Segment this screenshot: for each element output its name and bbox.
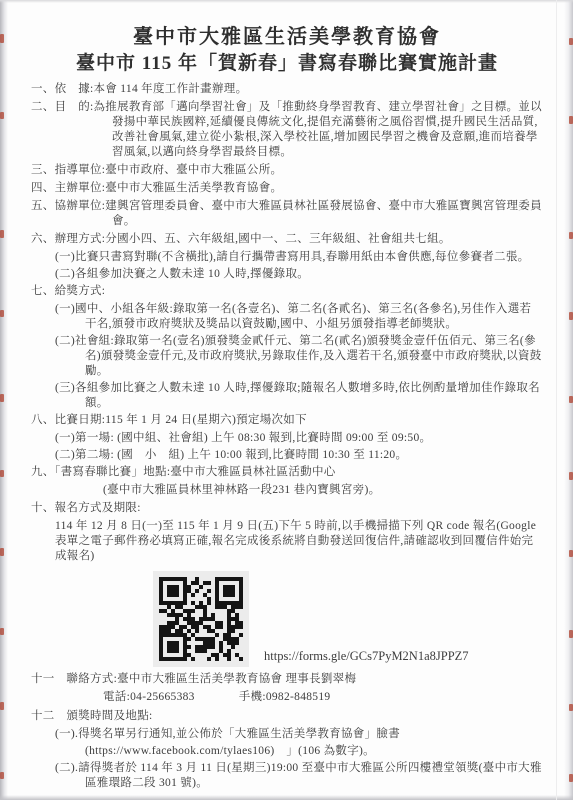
item-awards-sub2: (二)社會組:錄取第一名(壹名)頒發獎金貳仟元、第二名(貳名)頒發獎金壹仟伍佰元… — [55, 334, 543, 379]
scan-artifact — [569, 396, 573, 403]
item-basis: 一、依 據:本會 114 年度工作計畫辦理。 — [31, 82, 543, 97]
scan-artifact — [0, 772, 4, 779]
contact-phone: 電話:04-25665383 — [103, 691, 195, 703]
scan-artifact — [569, 116, 573, 124]
item-award-pickup: (二).請得獎者於 114 年 3 月 11 日(星期三)19:00 至臺中市大… — [55, 761, 543, 791]
qr-row: https://forms.gle/GCs7PyM2N1a8JPPZ7 — [153, 571, 543, 667]
item-location-note: (臺中市大雅區員林里神林路一段231 巷內寶興宮旁)。 — [103, 483, 543, 498]
scan-artifact — [569, 704, 573, 711]
scan-artifact — [0, 34, 4, 43]
scan-artifact — [569, 630, 573, 638]
item-organizer: 四、主辦單位:臺中市大雅區生活美學教育協會。 — [31, 181, 543, 196]
scan-artifact — [0, 394, 4, 402]
item-purpose: 二、目 的:為推展教育部「邁向學習社會」及「推動終身學習教育、建立學習社會」之目… — [31, 100, 543, 160]
item-method-sub1: (一)比賽只書寫對聯(不含橫批),請自行攜帶書寫用具,春聯用紙由本會供應,每位參… — [55, 250, 543, 265]
scan-artifact — [0, 548, 4, 556]
page-content: 臺中市大雅區生活美學教育協會 臺中市 115 年「賀新春」書寫春聯比賽實施計畫 … — [0, 0, 573, 800]
doc-title: 臺中市 115 年「賀新春」書寫春聯比賽實施計畫 — [31, 51, 543, 77]
item-registration-body: 114 年 12 月 8 日(一)至 115 年 1 月 9 日(五)下午 5 … — [55, 519, 543, 564]
scan-artifact — [569, 550, 573, 557]
item-contact: 十一 聯絡方式:臺中市大雅區生活美學教育協會 理事長劉翠梅 — [31, 672, 543, 687]
registration-form-url: https://forms.gle/GCs7PyM2N1a8JPPZ7 — [264, 649, 469, 664]
item-method: 六、辦理方式:分國小四、五、六年級組,國中一、二、三年級組、社會組共七組。 — [31, 232, 543, 247]
item-award-ceremony: 十二 頒獎時間及地點: — [31, 709, 543, 724]
item-guiding-unit: 三、指導單位:臺中市政府、臺中市大雅區公所。 — [31, 163, 543, 178]
scan-artifact — [0, 470, 4, 477]
contact-mobile: 手機:0982-848519 — [239, 690, 331, 705]
scan-artifact — [0, 112, 4, 119]
item-award-announce: (一).得獎名單另行通知,並公佈於「大雅區生活美學教育協會」臉書 — [55, 727, 543, 742]
item-awards-sub1: (一)國中、小組各年級:錄取第一名(各壹名)、第二名(各貳名)、第三名(各參名)… — [55, 302, 543, 332]
scan-artifact — [0, 230, 4, 238]
item-method-sub2: (二)各組參加決賽之人數未達 10 人時,擇優錄取。 — [55, 267, 543, 282]
item-location: 九、「書寫春聯比賽」地點:臺中市大雅區員林社區活動中心 — [31, 465, 543, 480]
scanned-document: 臺中市大雅區生活美學教育協會 臺中市 115 年「賀新春」書寫春聯比賽實施計畫 … — [0, 0, 573, 800]
item-co-organizer: 五、協辦單位:建興宮管理委員會、臺中市大雅區員林社區發展協會、臺中市大雅區寶興宮… — [31, 199, 543, 229]
item-awards-sub3: (三)各組參加比賽之人數未達 10 人時,擇優錄取;隨報名人數增多時,依比例酌量… — [55, 381, 543, 411]
qr-code — [153, 571, 249, 667]
item-date-session2: (二)第二場: (國 小 組) 上午 10:00 報到,比賽時間 10:30 至… — [55, 448, 543, 463]
scan-artifact — [569, 312, 573, 320]
qr-pattern — [159, 577, 243, 661]
scan-artifact — [569, 472, 573, 480]
scan-artifact — [569, 232, 573, 239]
scan-artifact — [0, 702, 4, 710]
scan-artifact — [569, 774, 573, 782]
facebook-url-line: (https://www.facebook.com/tylaes106) 」(1… — [85, 744, 543, 759]
scan-artifact — [569, 38, 573, 45]
scan-artifact — [0, 310, 4, 317]
org-title: 臺中市大雅區生活美學教育協會 — [31, 24, 543, 50]
item-date: 八、比賽日期:115 年 1 月 24 日(星期六)預定場次如下 — [31, 413, 543, 428]
item-registration: 十、報名方式及期限: — [31, 501, 543, 516]
contact-numbers: 電話:04-25665383手機:0982-848519 — [103, 690, 543, 705]
item-date-session1: (一)第一場: (國中組、社會組) 上午 08:30 報到,比賽時間 09:00… — [55, 431, 543, 446]
scan-artifact — [0, 628, 4, 635]
qr-module — [239, 657, 243, 661]
item-awards: 七、給獎方式: — [31, 284, 543, 299]
doc-body: 一、依 據:本會 114 年度工作計畫辦理。 二、目 的:為推展教育部「邁向學習… — [31, 82, 543, 791]
